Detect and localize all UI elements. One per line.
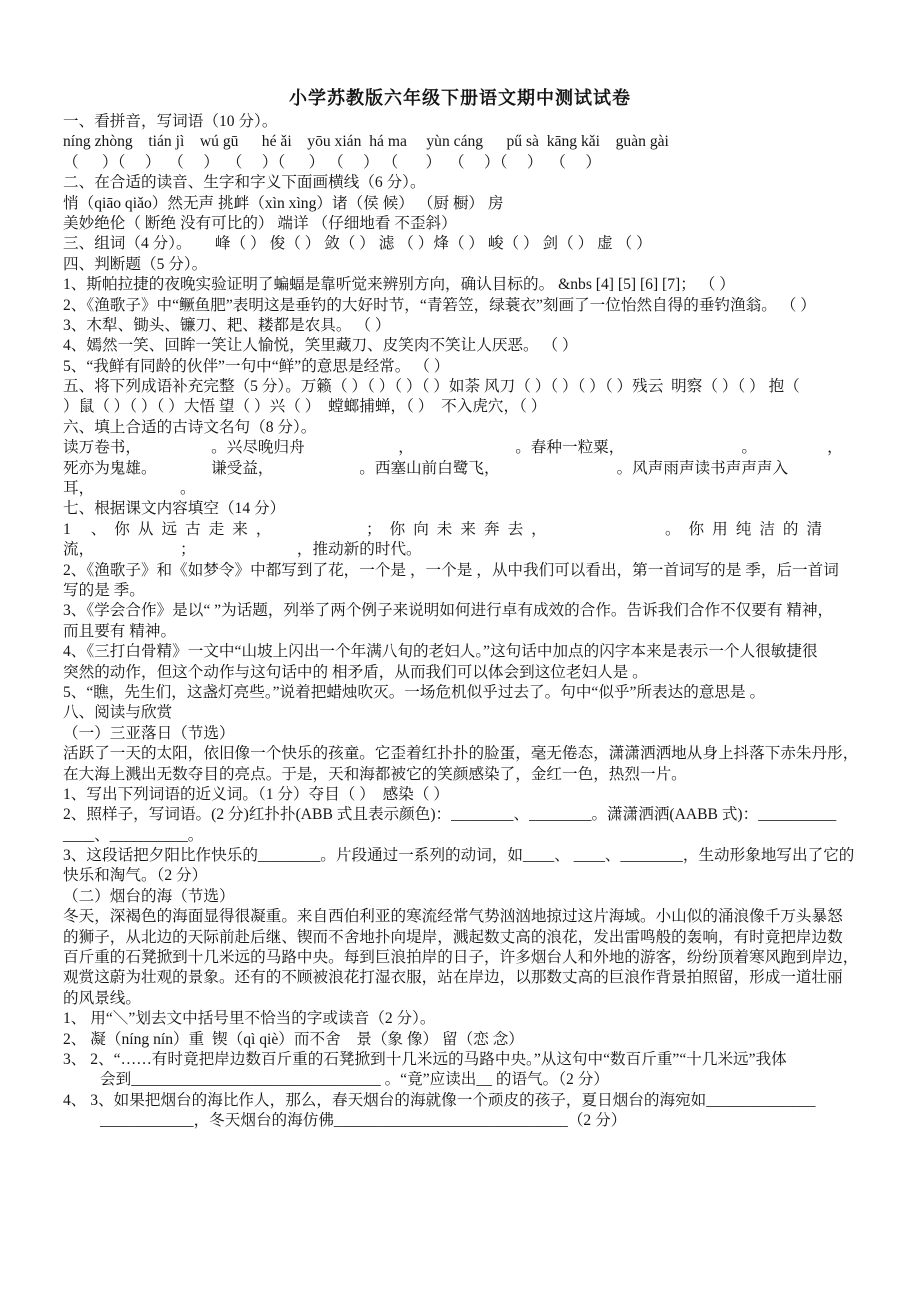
text-line: 快乐和淘气。（2 分） (63, 866, 908, 886)
text-line: 活跃了一天的太阳，依旧像一个快乐的孩童。它歪着红扑扑的脸蛋，毫无倦态，潇潇洒洒地… (63, 744, 908, 764)
text-line: 三、组词（4 分）。 峰（ ） 俊（ ） 敛（ ） 滤 （ ）烽（ ） 峻（ ）… (63, 234, 908, 254)
text-line: ）鼠（ ）（ ）（ ）大悟 望（ ）兴（ ） 螳螂捕蝉，（ ） 不入虎穴，（ ） (63, 397, 908, 417)
text-line: 2、 凝（níng nín）重 锲（qì qiè）而不舍 景（象 像） 留（恋 … (63, 1030, 908, 1050)
text-line: 冬天，深褐色的海面显得很凝重。来自西伯利亚的寒流经常气势汹汹地掠过这片海域。小山… (63, 907, 908, 927)
text-line: 四、判断题（5 分）。 (63, 255, 908, 275)
text-line: 2、照样子，写词语。(2 分)红扑扑(ABB 式且表示颜色)：________、… (63, 805, 908, 825)
text-line: 写的是 季。 (63, 581, 908, 601)
text-line: 流， ； ，推动新的时代。 (63, 540, 908, 560)
text-line: 百斤重的石凳掀到十几米远的马路中央。每到巨浪拍岸的日子，许多烟台人和外地的游客，… (63, 948, 908, 968)
document-body: 一、看拼音，写词语（10 分）。níng zhòng tián jì wú gū… (63, 112, 908, 1132)
text-line: 4、《三打白骨精》一文中“山坡上闪出一个年满八旬的老妇人。”这句话中加点的闪字本… (63, 642, 908, 662)
text-line: 七、根据课文内容填空（14 分） (63, 499, 908, 519)
text-line: 耳， 。 (63, 479, 908, 499)
text-line: 3、木犁、锄头、镰刀、耙、耧都是农具。 （ ） (63, 316, 908, 336)
text-line: 5、“我鲜有同龄的伙伴”一句中“鲜”的意思是经常。 （ ） (63, 357, 908, 377)
text-line: 4、嫣然一笑、回眸一笑让人愉悦，笑里藏刀、皮笑肉不笑让人厌恶。 （ ） (63, 336, 908, 356)
text-line: 会到________________________________ 。“竟”应… (63, 1070, 908, 1090)
text-line: 二、在合适的读音、生字和字义下面画横线（6 分）。 (63, 173, 908, 193)
text-line: 八、阅读与欣赏 (63, 703, 908, 723)
exam-paper-page: 小学苏教版六年级下册语文期中测试试卷 一、看拼音，写词语（10 分）。níng … (0, 0, 920, 1300)
text-line: 的狮子，从北边的天际前赴后继、锲而不舍地扑向堤岸，溅起数丈高的浪花，发出雷鸣般的… (63, 928, 908, 948)
text-line: （ ）（ ） （ ） （ ）（ ） （ ） （ ） （ ）（ ） （ ） (63, 153, 908, 173)
text-line: 的风景线。 (63, 989, 908, 1009)
text-line: （一）三亚落日（节选） (63, 724, 908, 744)
text-line: níng zhòng tián jì wú gū hé ǎi yōu xián … (63, 132, 908, 152)
text-line: 一、看拼音，写词语（10 分）。 (63, 112, 908, 132)
text-line: ____________，冬天烟台的海仿佛___________________… (63, 1111, 908, 1131)
text-line: 3、 2、“……有时竟把岸边数百斤重的石凳掀到十几米远的马路中央。”从这句中“数… (63, 1050, 908, 1070)
text-line: 而且要有 精神。 (63, 622, 908, 642)
text-line: 突然的动作，但这个动作与这句话中的 相矛盾，从而我们可以体会到这位老妇人是 。 (63, 663, 908, 683)
text-line: 1、写出下列词语的近义词。（1 分）夺目（ ） 感染（ ） (63, 785, 908, 805)
text-line: 五、将下列成语补充完整（5 分）。万籁（ ）（ ）（ ）（ ）如荼 风刀（ ）（… (63, 377, 908, 397)
text-line: 六、填上合适的古诗文名句（8 分）。 (63, 418, 908, 438)
document-title: 小学苏教版六年级下册语文期中测试试卷 (0, 0, 920, 110)
text-line: 1、斯帕拉捷的夜晚实验证明了蝙蝠是靠听觉来辨别方向，确认目标的。 &nbs [4… (63, 275, 908, 295)
text-line: ____、__________。 (63, 826, 908, 846)
text-line: 1 、你从远古走来， ；你向未来奔去， 。你用纯洁的清 (63, 520, 908, 540)
text-line: 在大海上溅出无数夺目的亮点。于是，天和海都被它的笑颜感染了，金红一色，热烈一片。 (63, 765, 908, 785)
text-line: 2、《渔歌子》和《如梦令》中都写到了花，一个是 ，一个是 ，从中我们可以看出，第… (63, 561, 908, 581)
text-line: 悄（qiāo qiǎo）然无声 挑衅（xìn xìng）诸（侯 候） （厨 橱）… (63, 194, 908, 214)
text-line: 4、 3、如果把烟台的海比作人，那么，春天烟台的海就像一个顽皮的孩子，夏日烟台的… (63, 1091, 908, 1111)
text-line: 3、《学会合作》是以“ ”为话题，列举了两个例子来说明如何进行卓有成效的合作。告… (63, 601, 908, 621)
text-line: 1、 用“＼”划去文中括号里不恰当的字或读音（2 分）。 (63, 1009, 908, 1029)
text-line: （二）烟台的海（节选） (63, 887, 908, 907)
text-line: 读万卷书， 。兴尽晚归舟 ， 。春种一粒粟， 。 ， (63, 438, 908, 458)
text-line: 美妙绝伦（ 断绝 没有可比的） 端详 （仔细地看 不歪斜） (63, 214, 908, 234)
text-line: 2、《渔歌子》中“鳜鱼肥”表明这是垂钓的大好时节，“青箬笠，绿蓑衣”刻画了一位怡… (63, 296, 908, 316)
text-line: 观赏这蔚为壮观的景象。还有的不顾被浪花打湿衣服，站在岸边，以那数丈高的巨浪作背景… (63, 968, 908, 988)
text-line: 死亦为鬼雄。 谦受益， 。西塞山前白鹭飞， 。风声雨声读书声声声入 (63, 459, 908, 479)
text-line: 3、这段话把夕阳比作快乐的________。片段通过一系列的动词，如____、 … (63, 846, 908, 866)
text-line: 5、“瞧，先生们，这盏灯亮些。”说着把蜡烛吹灭。一场危机似乎过去了。句中“似乎”… (63, 683, 908, 703)
